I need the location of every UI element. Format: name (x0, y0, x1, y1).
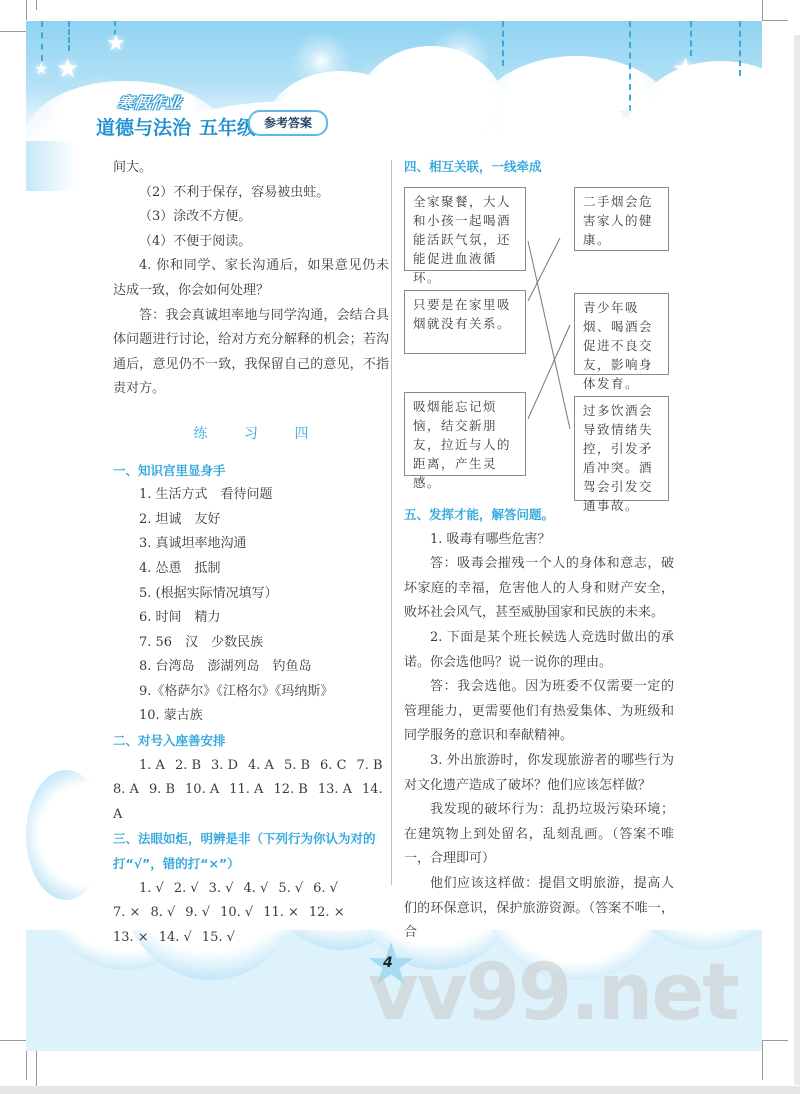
fill-answer: 4. 怂恿 抵制 (113, 557, 389, 582)
star-icon: ★ (106, 33, 126, 55)
choice-answer: 4. A (248, 758, 274, 773)
judge-answer: 15. √ (202, 930, 235, 945)
answer-4: 答：我会真诚坦率地与同学沟通，会结合具体问题进行讨论，给对方充分解释的机会；若沟… (113, 304, 389, 402)
judge-answers-row: 13. ×14. √15. √ (113, 926, 389, 951)
judge-answer: 4. √ (243, 881, 268, 896)
judge-answer: 13. × (113, 930, 149, 945)
crop-mark-bottom-right-v (762, 1040, 763, 1080)
judge-answer: 6. √ (313, 881, 338, 896)
left-cloud-edge (26, 770, 106, 900)
document-page: ★ ★ ★ ★ ★ ★ 寒假作业 道德与法治五年级 参考答案 间大。 （2）不利… (0, 0, 800, 1094)
star-icon: ★ (34, 61, 48, 77)
book-title: 道德与法治五年级 (96, 113, 256, 140)
judge-answer: 1. √ (139, 881, 164, 896)
fill-answer: 9.《格萨尔》《江格尔》《玛纳斯》 (113, 680, 389, 705)
section-1-heading: 一、知识宫里显身手 (113, 459, 389, 484)
matching-exercise: 全家聚餐，大人和小孩一起喝酒能活跃气氛，还能促进血液循环。 只要是在家里吸烟就没… (404, 181, 674, 489)
left-column: 间大。 （2）不利于保存，容易被虫蛀。 （3）涂改不方便。 （4）不便于阅读。 … (113, 156, 389, 950)
choice-answer: 13. A (318, 782, 352, 797)
sparkle (336, 51, 436, 141)
column-divider (391, 160, 392, 885)
hanging-string (739, 21, 741, 76)
question-1: 1. 吸毒有哪些危害？ (404, 528, 674, 553)
watermark: vv99.net (368, 948, 738, 1038)
answer-2: 答：我会选他。因为班委不仅需要一定的管理能力，更需要他们有热爱集体、为班级和同学… (404, 675, 674, 749)
choice-answer: 12. B (273, 782, 307, 797)
scroll-edge (794, 35, 800, 1085)
question-4: 4. 你和同学、家长沟通后，如果意见仍未达成一致，你会如何处理？ (113, 254, 389, 303)
choice-answers-row: 1. A2. B3. D4. A5. B6. C7. B (113, 754, 389, 779)
judge-answer: 12. × (309, 905, 345, 920)
header-cloud (636, 61, 762, 141)
answer-key-badge: 参考答案 (248, 110, 328, 136)
crop-mark-top-left-v2 (36, 0, 37, 10)
choice-answer: 3. D (211, 758, 238, 773)
section-2-heading: 二、对号入座善安排 (113, 729, 389, 754)
connecting-lines (404, 181, 674, 489)
judge-answers-row: 7. ×8. √9. √10. √11. ×12. × (113, 901, 389, 926)
judge-answer: 10. √ (220, 905, 253, 920)
star-icon: ★ (618, 105, 634, 123)
hanging-string (502, 21, 504, 66)
crop-mark-bottom-left-v2 (36, 1050, 37, 1086)
crop-mark-top-right-h (762, 20, 788, 21)
choice-answer: 7. B (357, 758, 383, 773)
series-title: 寒假作业 (117, 92, 184, 113)
choice-answers-row: 8. A9. B10. A11. A12. B13. A14. A (113, 778, 389, 827)
judge-answer: 2. √ (174, 881, 199, 896)
choice-answer: 8. A (113, 782, 139, 797)
fill-answer: 8. 台湾岛 澎湖列岛 钓鱼岛 (113, 655, 389, 680)
judge-answer: 8. √ (150, 905, 175, 920)
star-icon: ★ (728, 81, 741, 95)
question-3: 3. 外出旅游时，你发现旅游者的哪些行为对文化遗产造成了破坏？他们应该怎样做？ (404, 749, 674, 798)
judge-answer: 3. √ (209, 881, 234, 896)
text-line: 间大。 (113, 156, 389, 181)
right-column: 四、相互关联，一线牵成 全家聚餐，大人和小孩一起喝酒能活跃气氛，还能促进血液循环… (404, 156, 674, 946)
choice-answer: 10. A (185, 782, 219, 797)
answer-1: 答：吸毒会摧残一个人的身体和意志，破坏家庭的幸福，危害他人的人身和财产安全，败坏… (404, 552, 674, 626)
text-line: （4）不便于阅读。 (113, 230, 389, 255)
sparkle (426, 21, 496, 91)
star-icon: ★ (672, 55, 699, 85)
hanging-string (41, 21, 43, 61)
crop-mark-top-left (26, 0, 27, 20)
question-2: 2. 下面是某个班长候选人竞选时做出的承诺。你会选他吗？说一说你的理由。 (404, 626, 674, 675)
crop-mark-top-left-h (0, 31, 26, 32)
subject-name: 道德与法治 (96, 117, 191, 139)
judge-answer: 14. √ (159, 930, 192, 945)
crop-mark-bottom-right (762, 1040, 788, 1041)
page-bottom-edge (0, 1086, 800, 1094)
fill-answer: 5. (根据实际情况填写） (113, 582, 389, 607)
choice-answer: 5. B (284, 758, 310, 773)
hanging-string (690, 21, 692, 56)
fill-answer: 1. 生活方式 看待问题 (113, 483, 389, 508)
hanging-string (629, 21, 631, 111)
text-line: （2）不利于保存，容易被虫蛀。 (113, 181, 389, 206)
choice-answer: 6. C (320, 758, 346, 773)
section-4-heading: 四、相互关联，一线牵成 (404, 156, 674, 178)
crop-mark-top-right (762, 0, 763, 20)
hanging-string (68, 21, 70, 51)
choice-answer: 9. B (149, 782, 175, 797)
judge-answer: 11. × (263, 905, 299, 920)
choice-answer: 11. A (229, 782, 263, 797)
fill-answer: 6. 时间 精力 (113, 606, 389, 631)
crop-mark-bottom-left (0, 1040, 26, 1041)
fill-answer: 7. 56 汉 少数民族 (113, 631, 389, 656)
section-3-heading: 三、法眼如炬，明辨是非（下列行为你认为对的打“√”，错的打“×”） (113, 827, 389, 876)
fill-answer: 2. 坦诚 友好 (113, 508, 389, 533)
fill-answer: 3. 真诚坦率地沟通 (113, 532, 389, 557)
exercise-title: 练 习 四 (113, 422, 389, 447)
star-icon: ★ (56, 56, 79, 82)
choice-answer: 1. A (139, 758, 165, 773)
answer-3-part-1: 我发现的破坏行为：乱扔垃圾污染环境；在建筑物上到处留名，乱刻乱画。（答案不唯一，… (404, 798, 674, 872)
judge-answers-row: 1. √2. √3. √4. √5. √6. √ (113, 877, 389, 902)
text-line: （3）涂改不方便。 (113, 205, 389, 230)
judge-answer: 5. √ (278, 881, 303, 896)
answer-3-part-2: 他们应该这样做：提倡文明旅游，提高人们的环保意识，保护旅游资源。（答案不唯一，合 (404, 872, 674, 946)
judge-answer: 7. × (113, 905, 140, 920)
fill-answer: 10. 蒙古族 (113, 704, 389, 729)
decor-fade (26, 141, 76, 191)
choice-answer: 2. B (175, 758, 201, 773)
judge-answer: 9. √ (185, 905, 210, 920)
